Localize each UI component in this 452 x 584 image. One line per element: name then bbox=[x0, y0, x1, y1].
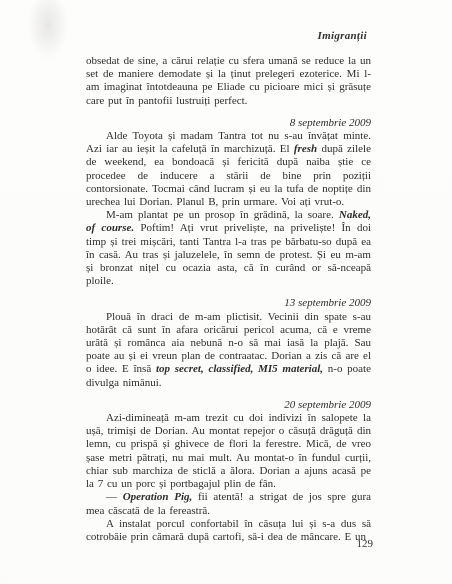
body-text: obsedat de sine, a cărui relație cu sfer… bbox=[86, 55, 371, 107]
paragraph: obsedat de sine, a cărui relație cu sfer… bbox=[86, 55, 371, 108]
emphasized-text: Operation Pig, bbox=[123, 491, 193, 503]
date-heading: 8 septembrie 2009 bbox=[86, 117, 371, 130]
body-text: — bbox=[106, 491, 123, 503]
paragraph: M-am plantat pe un prosop în grădină, la… bbox=[86, 209, 371, 288]
body-text: M-am plantat pe un prosop în grădină, la… bbox=[106, 209, 339, 221]
date-heading: 20 septembrie 2009 bbox=[86, 399, 371, 412]
book-page: Imigranții obsedat de sine, a cărui rela… bbox=[0, 0, 452, 584]
paragraph: Azi-dimineață m-am trezit cu doi indiviz… bbox=[86, 412, 371, 491]
text-block: obsedat de sine, a cărui relație cu sfer… bbox=[86, 55, 371, 544]
emphasized-text: top secret, classified, MI5 material, bbox=[156, 363, 323, 375]
body-text: A instalat porcul confortabil în căsuța … bbox=[86, 518, 371, 543]
paragraph: Alde Toyota și madam Tantra tot nu s-au … bbox=[86, 130, 371, 209]
body-text: Azi-dimineață m-am trezit cu doi indiviz… bbox=[86, 412, 371, 490]
date-heading: 13 septembrie 2009 bbox=[86, 297, 371, 310]
paragraph: Plouă în draci de m-am plictisit. Vecini… bbox=[86, 311, 371, 390]
running-header-title: Imigranții bbox=[318, 30, 367, 42]
paragraph: A instalat porcul confortabil în căsuța … bbox=[86, 518, 371, 544]
paragraph: — Operation Pig, fii atentă! a strigat d… bbox=[86, 491, 371, 517]
page-number: 129 bbox=[357, 538, 374, 550]
emphasized-text: fresh bbox=[294, 143, 317, 155]
scan-smudge-artifact bbox=[28, 0, 68, 60]
